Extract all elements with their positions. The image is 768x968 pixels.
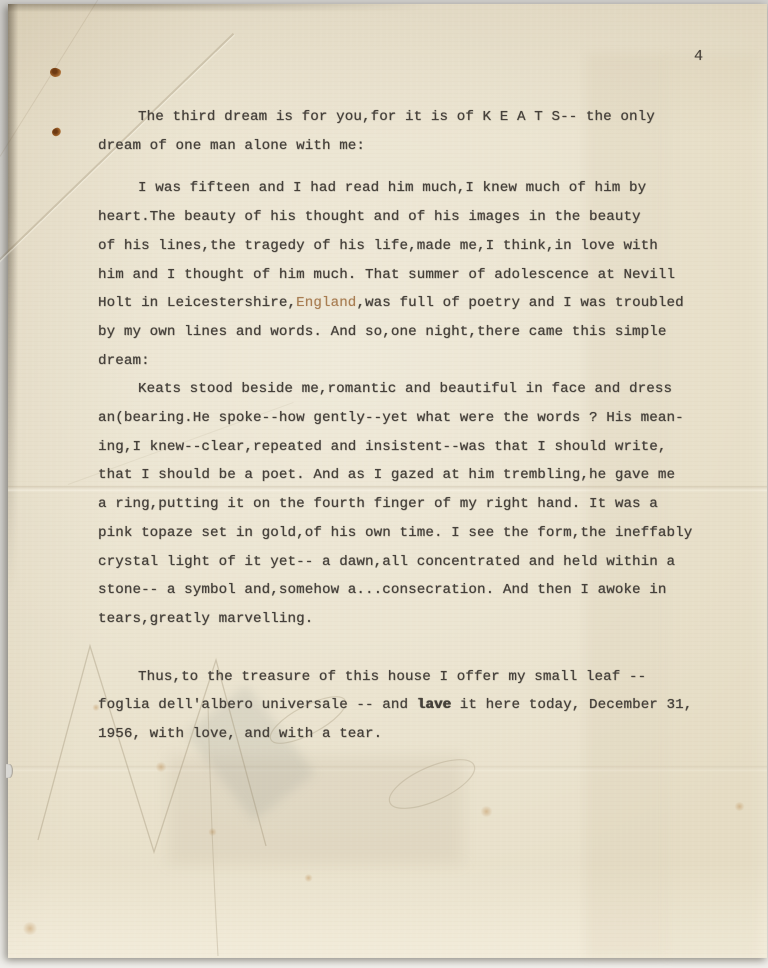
paragraph: Thus,to the treasure of this house I off… bbox=[98, 663, 738, 749]
typewritten-text: The third dream is for you,for it is of … bbox=[98, 103, 738, 749]
typewritten-line: an(bearing.He spoke--how gently--yet wha… bbox=[98, 404, 738, 433]
typewritten-line: of his lines,the tragedy of his life,mad… bbox=[98, 232, 738, 261]
typewritten-line: stone-- a symbol and,somehow a...consecr… bbox=[98, 576, 738, 605]
typewritten-line: heart.The beauty of his thought and of h… bbox=[98, 203, 738, 232]
typewritten-line: I was fifteen and I had read him much,I … bbox=[98, 174, 738, 203]
paragraph: The third dream is for you,for it is of … bbox=[98, 103, 738, 160]
word-segment: ,was full of poetry and I was troubled bbox=[356, 295, 683, 311]
typewritten-line: crystal light of it yet-- a dawn,all con… bbox=[98, 548, 738, 577]
typewritten-line: Keats stood beside me,romantic and beaut… bbox=[98, 375, 738, 404]
typewritten-line: dream: bbox=[98, 347, 738, 376]
rust-stain bbox=[49, 67, 62, 79]
typewritten-line: that I should be a poet. And as I gazed … bbox=[98, 461, 738, 490]
paper-sheet: 4 The third dream is for you,for it is o… bbox=[8, 4, 767, 958]
typewritten-line: Holt in Leicestershire,England,was full … bbox=[98, 289, 738, 318]
ghost-impression bbox=[168, 756, 463, 864]
fox-spot bbox=[734, 802, 745, 811]
typewritten-line: The third dream is for you,for it is of … bbox=[98, 103, 738, 132]
typewritten-line: by my own lines and words. And so,one ni… bbox=[98, 318, 738, 347]
fox-spot bbox=[304, 874, 313, 882]
paper-edge-shadow bbox=[8, 4, 20, 595]
typewritten-line: dream of one man alone with me: bbox=[98, 132, 738, 161]
typewritten-line: a ring,putting it on the fourth finger o… bbox=[98, 490, 738, 519]
word-segment: lave bbox=[417, 697, 451, 713]
word-segment: foglia dell'albero universale -- and bbox=[98, 697, 417, 713]
typewritten-line: pink topaze set in gold,of his own time.… bbox=[98, 519, 738, 548]
fox-spot bbox=[480, 806, 493, 817]
typewritten-line: Thus,to the treasure of this house I off… bbox=[98, 663, 738, 692]
typewritten-line: foglia dell'albero universale -- and lav… bbox=[98, 691, 738, 720]
typewritten-line: 1956, with love, and with a tear. bbox=[98, 720, 738, 749]
paragraph: I was fifteen and I had read him much,I … bbox=[98, 174, 738, 375]
fox-spot bbox=[22, 922, 38, 935]
fox-spot bbox=[155, 762, 167, 772]
rust-stain bbox=[51, 127, 62, 138]
word-segment: Holt in Leicestershire, bbox=[98, 295, 296, 311]
word-segment: England bbox=[296, 295, 356, 311]
page-number: 4 bbox=[694, 48, 718, 65]
typewritten-line: tears,greatly marvelling. bbox=[98, 605, 738, 634]
paper-edge-shadow bbox=[8, 4, 425, 13]
typewritten-line: ing,I knew--clear,repeated and insistent… bbox=[98, 433, 738, 462]
word-segment: it here today, December 31, bbox=[451, 697, 692, 713]
edge-tear bbox=[6, 764, 13, 778]
paragraph: Keats stood beside me,romantic and beaut… bbox=[98, 375, 738, 633]
typewritten-line: him and I thought of him much. That summ… bbox=[98, 261, 738, 290]
